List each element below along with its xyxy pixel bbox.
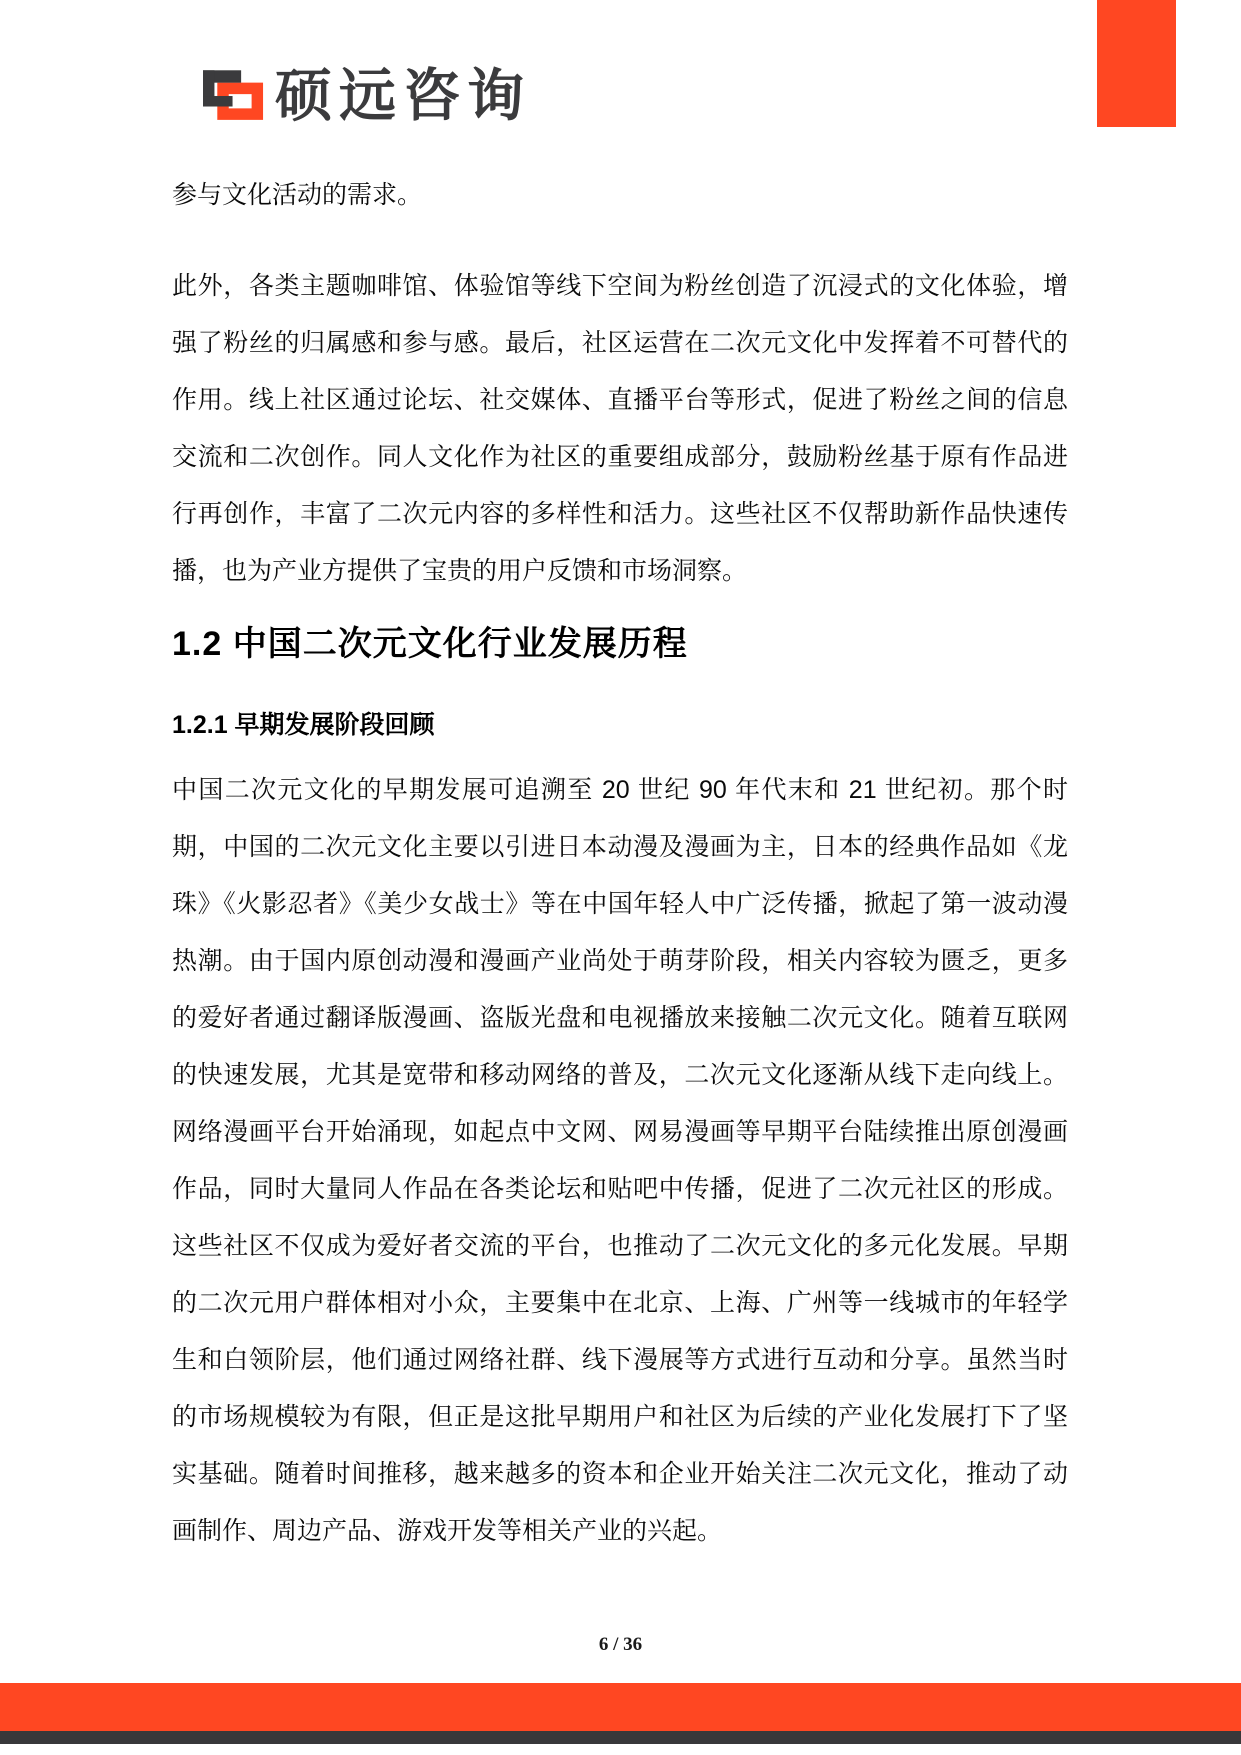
bottom-accent-bar: [0, 1683, 1241, 1731]
page-number: 6 / 36: [0, 1634, 1241, 1656]
bottom-dark-bar: [0, 1731, 1241, 1744]
subsection-heading: 1.2.1 早期发展阶段回顾: [172, 708, 1068, 742]
document-content: 参与文化活动的需求。 此外，各类主题咖啡馆、体验馆等线下空间为粉丝创造了沉浸式的…: [172, 167, 1068, 1560]
paragraph-community: 此外，各类主题咖啡馆、体验馆等线下空间为粉丝创造了沉浸式的文化体验，增强了粉丝的…: [172, 258, 1068, 600]
logo-icon: [203, 70, 264, 123]
document-page: 硕远咨询 参与文化活动的需求。 此外，各类主题咖啡馆、体验馆等线下空间为粉丝创造…: [0, 0, 1241, 1755]
company-logo: 硕远咨询: [203, 66, 531, 126]
intro-line: 参与文化活动的需求。: [172, 167, 1068, 224]
logo-wordmark: 硕远咨询: [275, 66, 531, 126]
section-heading: 1.2 中国二次元文化行业发展历程: [172, 622, 1068, 666]
paragraph-early-history: 中国二次元文化的早期发展可追溯至 20 世纪 90 年代末和 21 世纪初。那个…: [172, 762, 1068, 1560]
top-accent-block: [1097, 0, 1176, 127]
